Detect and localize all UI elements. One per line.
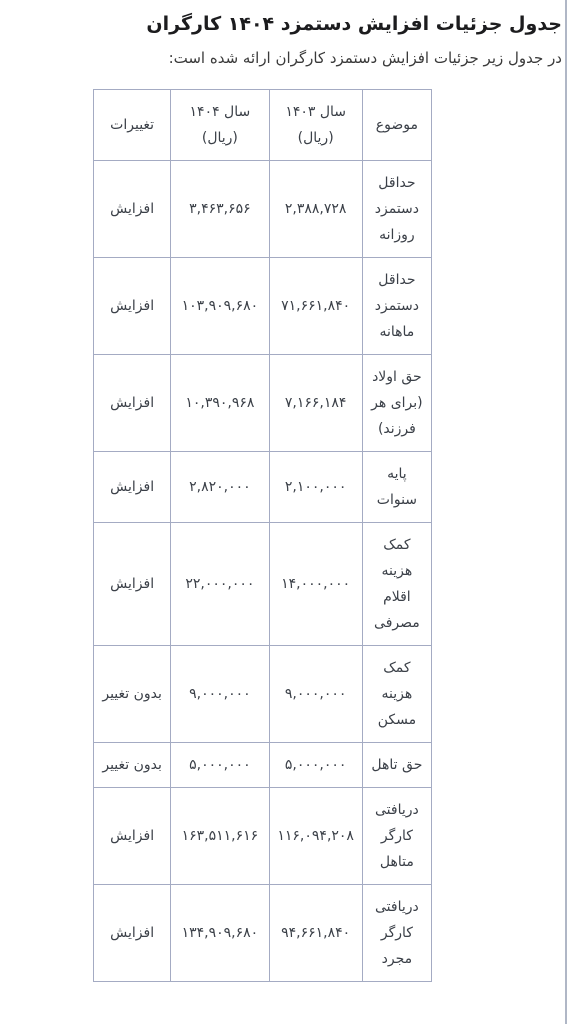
cell-year-1404-value: ۲۲,۰۰۰,۰۰۰ — [171, 523, 269, 646]
table-row: دریافتی کارگر مجرد ۹۴,۶۶۱,۸۴۰ ۱۳۴,۹۰۹,۶۸… — [94, 885, 432, 982]
header-year-1404-line2: (ریال) — [202, 130, 238, 146]
table-header-row: موضوع سال ۱۴۰۳ (ریال) سال ۱۴۰۴ (ریال) تغ… — [94, 90, 432, 161]
cell-subject: کمک هزینه اقلام مصرفی — [362, 523, 431, 646]
cell-year-1403-value: ۷,۱۶۶,۱۸۴ — [269, 355, 362, 452]
cell-subject: حق تاهل — [362, 743, 431, 788]
cell-year-1404-value: ۳,۴۶۳,۶۵۶ — [171, 161, 269, 258]
cell-subject: حداقل دستمزد روزانه — [362, 161, 431, 258]
header-year-1403-line2: (ریال) — [298, 130, 334, 146]
table-row: حداقل دستمزد ماهانه ۷۱,۶۶۱,۸۴۰ ۱۰۳,۹۰۹,۶… — [94, 258, 432, 355]
cell-year-1404-value: ۱۳۴,۹۰۹,۶۸۰ — [171, 885, 269, 982]
table-row: حق تاهل ۵,۰۰۰,۰۰۰ ۵,۰۰۰,۰۰۰ بدون تغییر — [94, 743, 432, 788]
header-year-1404: سال ۱۴۰۴ (ریال) — [171, 90, 269, 161]
cell-year-1403-value: ۷۱,۶۶۱,۸۴۰ — [269, 258, 362, 355]
header-changes: تغییرات — [94, 90, 171, 161]
article-page: جدول جزئیات افزایش دستمزد ۱۴۰۴ کارگران د… — [0, 0, 574, 1024]
cell-change-status: افزایش — [94, 258, 171, 355]
cell-change-status: افزایش — [94, 452, 171, 523]
table-row: دریافتی کارگر متاهل ۱۱۶,۰۹۴,۲۰۸ ۱۶۳,۵۱۱,… — [94, 788, 432, 885]
page-edge-rule — [565, 0, 567, 1024]
cell-change-status: افزایش — [94, 355, 171, 452]
cell-subject: کمک هزینه مسکن — [362, 646, 431, 743]
table-row: پایه سنوات ۲,۱۰۰,۰۰۰ ۲,۸۲۰,۰۰۰ افزایش — [94, 452, 432, 523]
cell-subject: حداقل دستمزد ماهانه — [362, 258, 431, 355]
cell-change-status: افزایش — [94, 523, 171, 646]
cell-change-status: بدون تغییر — [94, 646, 171, 743]
cell-subject: پایه سنوات — [362, 452, 431, 523]
page-title: جدول جزئیات افزایش دستمزد ۱۴۰۴ کارگران — [0, 10, 562, 39]
header-year-1403-line1: سال ۱۴۰۳ — [285, 104, 346, 120]
table-row: کمک هزینه مسکن ۹,۰۰۰,۰۰۰ ۹,۰۰۰,۰۰۰ بدون … — [94, 646, 432, 743]
cell-year-1404-value: ۱۰۳,۹۰۹,۶۸۰ — [171, 258, 269, 355]
cell-year-1403-value: ۱۱۶,۰۹۴,۲۰۸ — [269, 788, 362, 885]
cell-year-1403-value: ۲,۳۸۸,۷۲۸ — [269, 161, 362, 258]
cell-year-1403-value: ۲,۱۰۰,۰۰۰ — [269, 452, 362, 523]
cell-year-1404-value: ۹,۰۰۰,۰۰۰ — [171, 646, 269, 743]
table-row: حداقل دستمزد روزانه ۲,۳۸۸,۷۲۸ ۳,۴۶۳,۶۵۶ … — [94, 161, 432, 258]
table-row: حق اولاد (برای هر فرزند) ۷,۱۶۶,۱۸۴ ۱۰,۳۹… — [94, 355, 432, 452]
cell-year-1404-value: ۱۰,۳۹۰,۹۶۸ — [171, 355, 269, 452]
cell-year-1403-value: ۹۴,۶۶۱,۸۴۰ — [269, 885, 362, 982]
cell-subject: دریافتی کارگر متاهل — [362, 788, 431, 885]
cell-change-status: افزایش — [94, 885, 171, 982]
cell-year-1404-value: ۱۶۳,۵۱۱,۶۱۶ — [171, 788, 269, 885]
header-year-1403: سال ۱۴۰۳ (ریال) — [269, 90, 362, 161]
cell-change-status: بدون تغییر — [94, 743, 171, 788]
cell-subject: دریافتی کارگر مجرد — [362, 885, 431, 982]
wage-increase-table: موضوع سال ۱۴۰۳ (ریال) سال ۱۴۰۴ (ریال) تغ… — [93, 89, 432, 982]
cell-year-1404-value: ۲,۸۲۰,۰۰۰ — [171, 452, 269, 523]
cell-year-1404-value: ۵,۰۰۰,۰۰۰ — [171, 743, 269, 788]
page-subtitle: در جدول زیر جزئیات افزایش دستمزد کارگران… — [0, 48, 562, 70]
cell-year-1403-value: ۵,۰۰۰,۰۰۰ — [269, 743, 362, 788]
cell-year-1403-value: ۹,۰۰۰,۰۰۰ — [269, 646, 362, 743]
table-row: کمک هزینه اقلام مصرفی ۱۴,۰۰۰,۰۰۰ ۲۲,۰۰۰,… — [94, 523, 432, 646]
cell-year-1403-value: ۱۴,۰۰۰,۰۰۰ — [269, 523, 362, 646]
header-year-1404-line1: سال ۱۴۰۴ — [190, 104, 251, 120]
cell-change-status: افزایش — [94, 161, 171, 258]
cell-subject: حق اولاد (برای هر فرزند) — [362, 355, 431, 452]
header-subject: موضوع — [362, 90, 431, 161]
cell-change-status: افزایش — [94, 788, 171, 885]
